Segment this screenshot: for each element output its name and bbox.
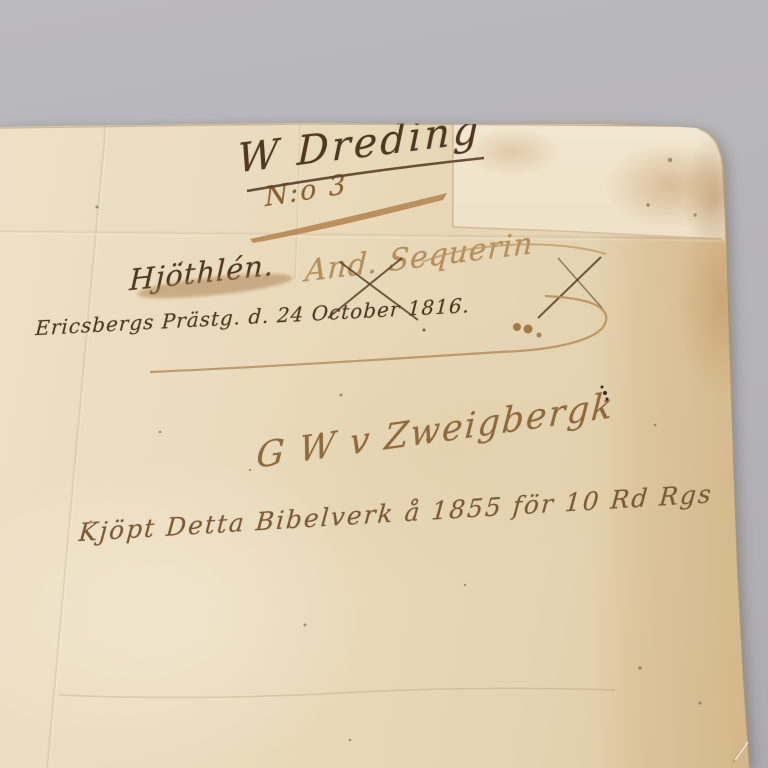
smudged-name-inscription: Hjöthlén. [129, 248, 275, 298]
owner-signature: G W v Zweigbergk [255, 386, 615, 477]
ink-strokes-overlay [0, 0, 768, 768]
place-date-inscription: Ericsbergs Prästg. d. 24 October 1816. [35, 293, 471, 340]
cross-out-x [538, 257, 601, 318]
removed-label-residue-patch [453, 124, 725, 240]
ink-blob [513, 323, 521, 331]
ink-blob [537, 333, 542, 338]
cross-out-x [558, 258, 602, 308]
paper-shadow-wrap: W Dreding N:o 3 Hjöthlén. And. Sequerin … [0, 0, 768, 768]
document-page: W Dreding N:o 3 Hjöthlén. And. Sequerin … [0, 0, 768, 768]
lower-crease-line [60, 688, 615, 697]
ink-blob [524, 325, 533, 334]
crossed-out-name-inscription: W Dreding [237, 106, 481, 182]
vertical-fold-crease [45, 125, 109, 768]
corner-fold-mark [733, 744, 746, 762]
purchase-note-inscription: Kjöpt Detta Bibelverk å 1855 för 10 Rd R… [78, 479, 714, 547]
corner-fold-highlight [735, 742, 748, 760]
ink-dot [422, 328, 425, 331]
photograph-of-document: W Dreding N:o 3 Hjöthlén. And. Sequerin … [0, 0, 768, 768]
